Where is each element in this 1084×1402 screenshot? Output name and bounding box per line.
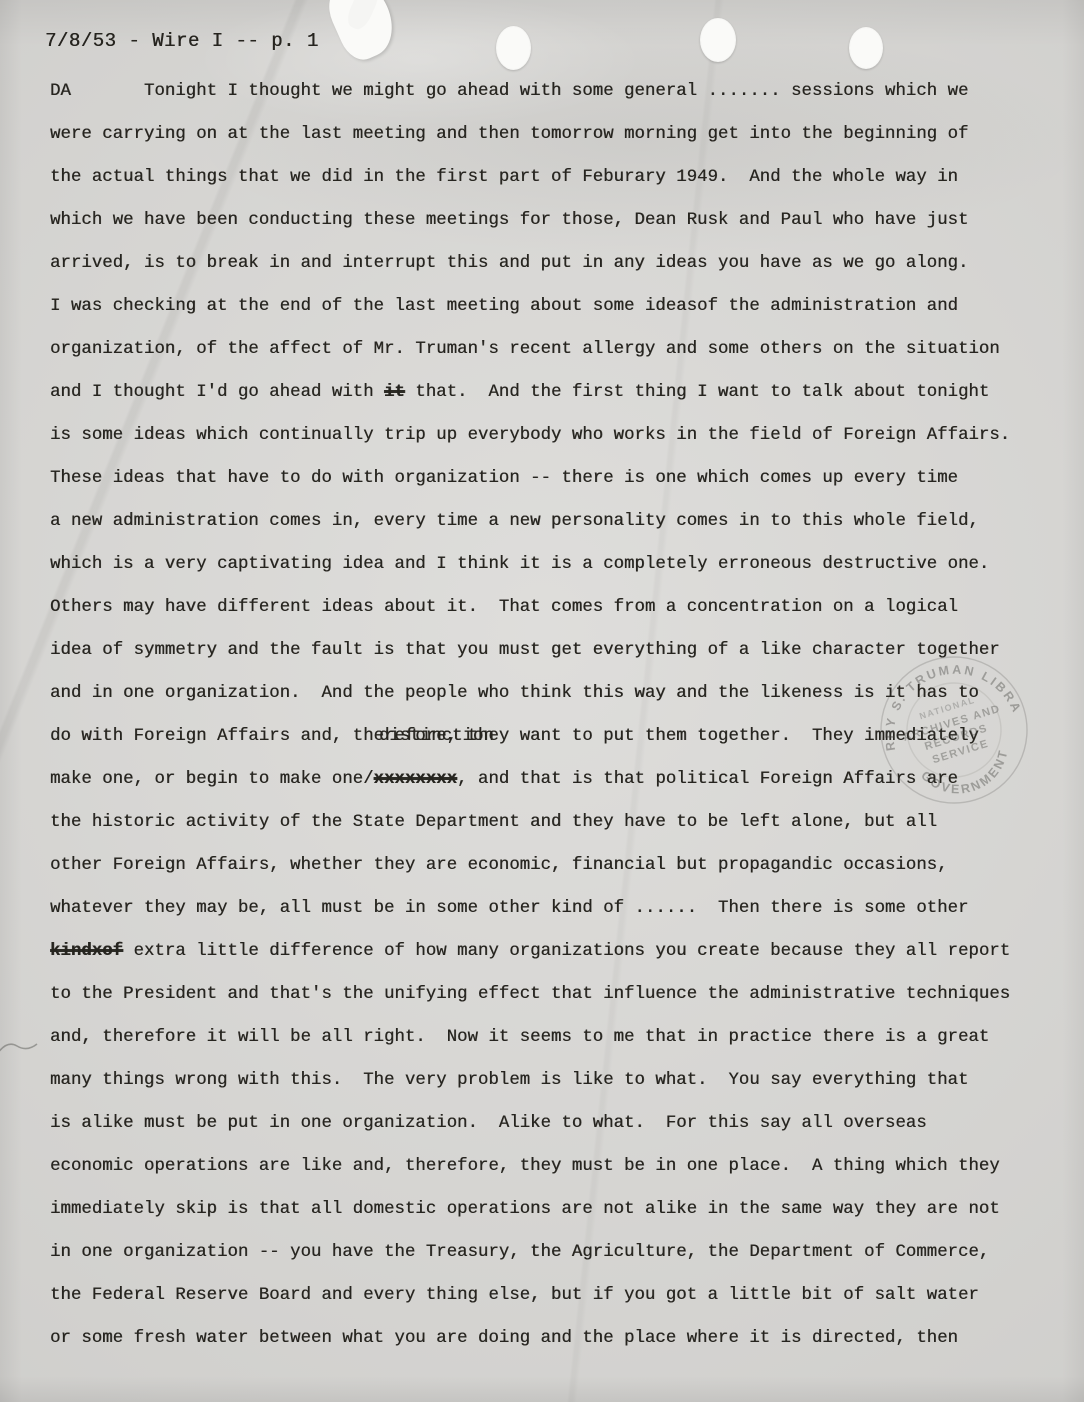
document-line: make one, or begin to make one/xxxxxxxx,… <box>50 758 1054 801</box>
document-line: immediately skip is that all domestic op… <box>50 1188 1054 1231</box>
document-line: a new administration comes in, every tim… <box>50 500 1054 543</box>
document-line: is alike must be put in one organization… <box>50 1102 1054 1145</box>
inserted-word: distinction <box>379 727 494 747</box>
document-line: organization, of the affect of Mr. Truma… <box>50 328 1054 371</box>
document-line: were carrying on at the last meeting and… <box>50 113 1054 156</box>
document-line: idea of symmetry and the fault is that y… <box>50 629 1054 672</box>
document-line: I was checking at the end of the last me… <box>50 285 1054 328</box>
document-line: whatever they may be, all must be in som… <box>50 887 1054 930</box>
document-line: the actual things that we did in the fir… <box>50 156 1054 199</box>
scanned-page: 7/8/53 - Wire I -- p. 1 DA Tonight I tho… <box>0 0 1084 1402</box>
document-line: do with Foreign Affairs and, therefore, … <box>50 715 1054 758</box>
document-line: or some fresh water between what you are… <box>50 1317 1054 1360</box>
document-line: economic operations are like and, theref… <box>50 1145 1054 1188</box>
document-line: is some ideas which continually trip up … <box>50 414 1054 457</box>
struck-out-text: kindxof <box>50 942 123 961</box>
document-line: the Federal Reserve Board and every thin… <box>50 1274 1054 1317</box>
crease-mark <box>0 1032 43 1066</box>
document-line: the historic activity of the State Depar… <box>50 801 1054 844</box>
punch-hole <box>700 18 736 62</box>
punch-hole <box>849 27 883 69</box>
document-line: many things wrong with this. The very pr… <box>50 1059 1054 1102</box>
document-line: arrived, is to break in and interrupt th… <box>50 242 1054 285</box>
document-line: DA Tonight I thought we might go ahead w… <box>50 70 1054 113</box>
document-line: which is a very captivating idea and I t… <box>50 543 1054 586</box>
document-line: Others may have different ideas about it… <box>50 586 1054 629</box>
struck-out-text: xxxxxxxx <box>374 770 458 789</box>
document-line: These ideas that have to do with organiz… <box>50 457 1054 500</box>
document-line: and, therefore it will be all right. Now… <box>50 1016 1054 1059</box>
document-line: and in one organization. And the people … <box>50 672 1054 715</box>
document-line: other Foreign Affairs, whether they are … <box>50 844 1054 887</box>
document-body: DA Tonight I thought we might go ahead w… <box>50 70 1054 1360</box>
document-line: which we have been conducting these meet… <box>50 199 1054 242</box>
document-line: and I thought I'd go ahead with it that.… <box>50 371 1054 414</box>
document-line: kindxof extra little difference of how m… <box>50 930 1054 973</box>
document-line: in one organization -- you have the Trea… <box>50 1231 1054 1274</box>
page-title: 7/8/53 - Wire I -- p. 1 <box>45 30 319 52</box>
document-line: to the President and that's the unifying… <box>50 973 1054 1016</box>
struck-out-text: it <box>384 383 405 402</box>
punch-hole <box>496 26 531 70</box>
